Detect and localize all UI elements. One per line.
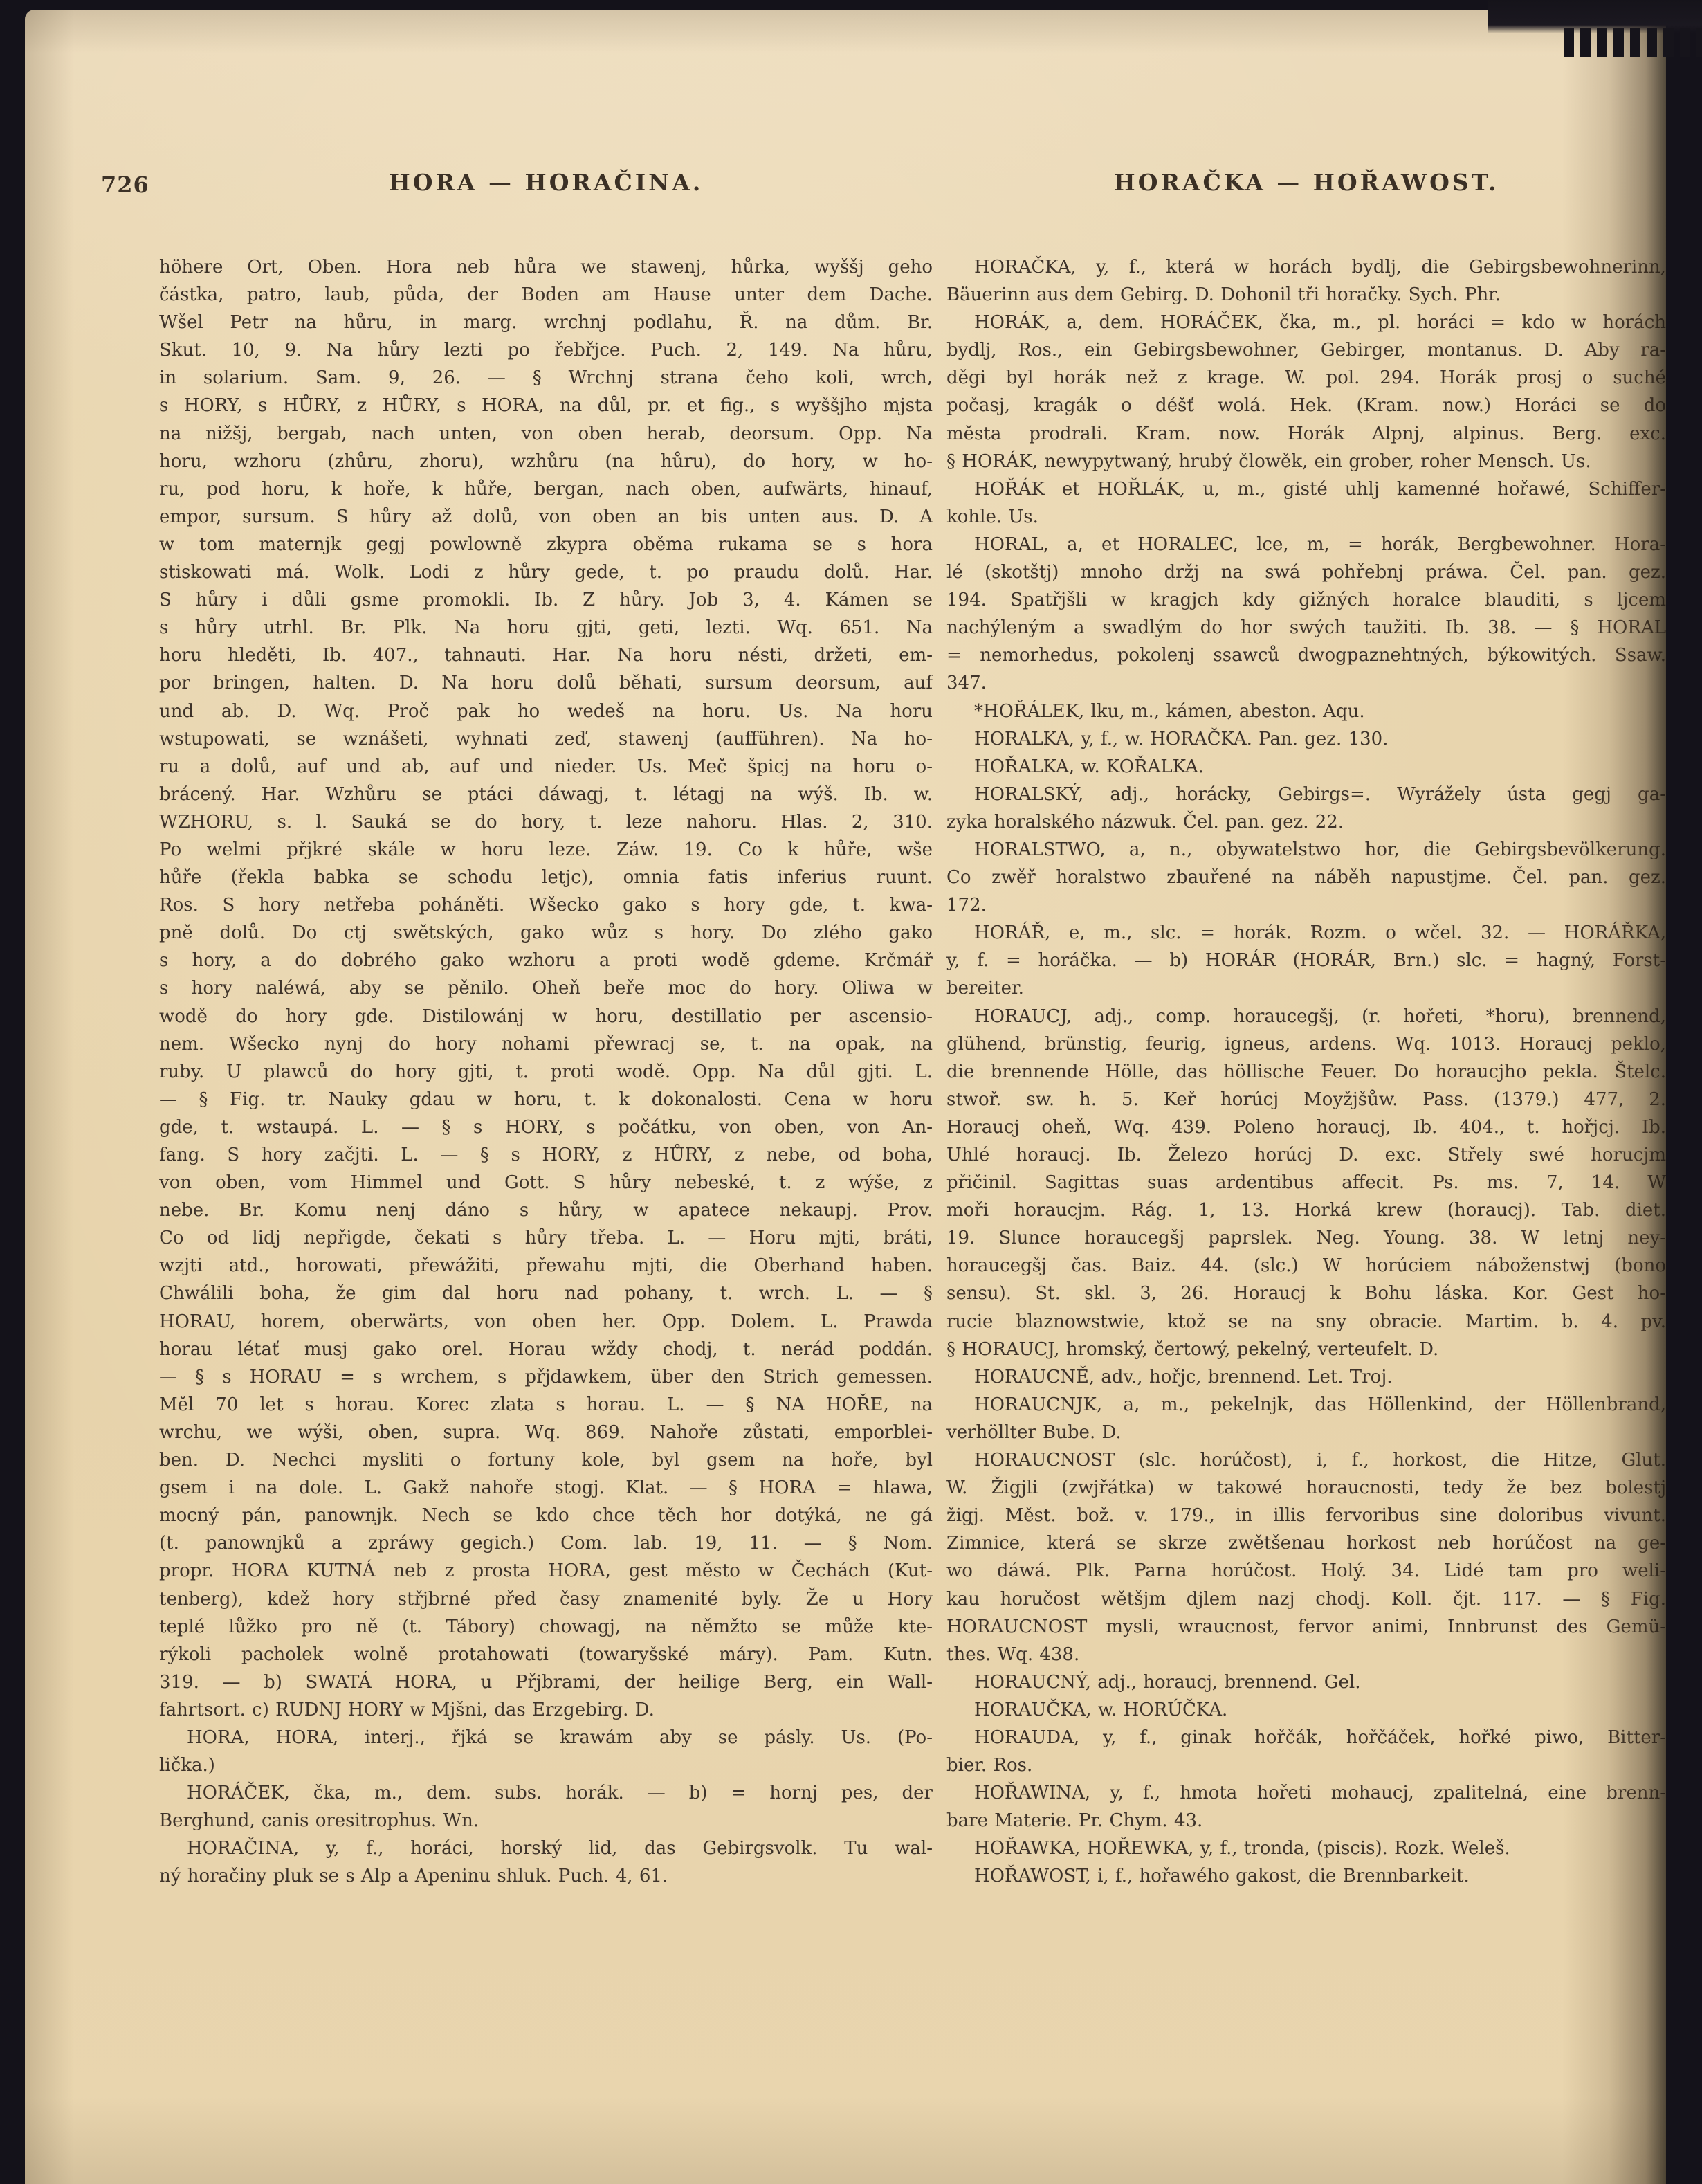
text-line: wrchu, we wýši, oben, supra. Wq. 869. Na… — [159, 1419, 933, 1446]
dictionary-paragraph: HORAUCNĚ, adv., hořjc, brennend. Let. Tr… — [946, 1363, 1666, 1391]
text-line: Skut. 10, 9. Na hůry lezti po řebřjce. P… — [159, 336, 933, 364]
text-line: moři horaucjm. Rág. 1, 13. Horká krew (h… — [946, 1196, 1666, 1224]
text-line: gsem i na dole. L. Gakž nahoře stogj. Kl… — [159, 1474, 933, 1502]
text-line: HOŘAWOST, i, f., hořawého gakost, die Br… — [946, 1862, 1666, 1890]
text-line: HORÁK, a, dem. HORÁČEK, čka, m., pl. hor… — [946, 309, 1666, 336]
text-line: HORALKA, y, f., w. HORAČKA. Pan. gez. 13… — [946, 725, 1666, 753]
text-line: tenberg), kdež hory střjbrné před časy z… — [159, 1585, 933, 1613]
text-line: rucie blaznowstwie, ktož se na sny obrac… — [946, 1308, 1666, 1336]
dictionary-paragraph: HOŘAWOST, i, f., hořawého gakost, die Br… — [946, 1862, 1666, 1890]
text-line: die brennende Hölle, das höllische Feuer… — [946, 1058, 1666, 1086]
text-line: kau horučost wětšjm djlem nazj chodj. Ko… — [946, 1585, 1666, 1613]
text-line: bare Materie. Pr. Chym. 43. — [946, 1807, 1666, 1835]
text-line: ru, pod horu, k hoře, k hůře, bergan, na… — [159, 475, 933, 503]
text-line: s hůry utrhl. Br. Plk. Na horu gjti, get… — [159, 614, 933, 641]
text-line: w tom maternjk gegj powlowně zkypra oběm… — [159, 531, 933, 558]
text-line: — § s HORAU = s wrchem, s přjdawkem, übe… — [159, 1363, 933, 1391]
text-line: HORAL, a, et HORALEC, lce, m, = horák, B… — [946, 531, 1666, 558]
text-line: y, f. = horáčka. — b) HORÁR (HORÁR, Brn.… — [946, 947, 1666, 974]
text-line: *HOŘÁLEK, lku, m., kámen, abeston. Aqu. — [946, 698, 1666, 725]
dictionary-paragraph: HORAUDA, y, f., ginak hořčák, hořčáček, … — [946, 1724, 1666, 1779]
text-line: HORAČINA, y, f., horáci, horský lid, das… — [159, 1835, 933, 1862]
text-line: kohle. Us. — [946, 503, 1666, 531]
text-line: bydlj, Ros., ein Gebirgsbewohner, Gebirg… — [946, 336, 1666, 364]
text-line: HORAČKA, y, f., která w horách bydlj, di… — [946, 253, 1666, 281]
text-line: 319. — b) SWATÁ HORA, u Přjbrami, der he… — [159, 1668, 933, 1696]
text-line: Wšel Petr na hůru, in marg. wrchnj podla… — [159, 309, 933, 336]
text-line: — § Fig. tr. Nauky gdau w horu, t. k dok… — [159, 1086, 933, 1113]
text-line: sensu). St. skl. 3, 26. Horaucj k Bohu l… — [946, 1280, 1666, 1307]
dictionary-paragraph: HORA, HORA, interj., řjká se krawám aby … — [159, 1724, 933, 1779]
dictionary-paragraph: HORAČINA, y, f., horáci, horský lid, das… — [159, 1835, 933, 1890]
page-paper: 726 HORA — HORAČINA. HORAČKA — HOŘAWOST.… — [25, 10, 1666, 2184]
text-line: přičinil. Sagittas suas ardentibus affec… — [946, 1169, 1666, 1196]
text-line: glühend, brünstig, feurig, igneus, arden… — [946, 1030, 1666, 1058]
text-line: HOŘAWKA, HOŘEWKA, y, f., tronda, (piscis… — [946, 1835, 1666, 1862]
text-line: HORALSKÝ, adj., horácky, Gebirgs=. Wyráž… — [946, 781, 1666, 808]
text-line: počasj, kragák o déšť wolá. Hek. (Kram. … — [946, 392, 1666, 419]
text-line: horu, wzhoru (zhůru, zhoru), wzhůru (na … — [159, 448, 933, 475]
text-line: in solarium. Sam. 9, 26. — § Wrchnj stra… — [159, 364, 933, 392]
text-line: Berghund, canis oresitrophus. Wn. — [159, 1807, 933, 1835]
text-line: Bäuerinn aus dem Gebirg. D. Dohonil tři … — [946, 281, 1666, 309]
text-line: s hory, a do dobrého gako wzhoru a proti… — [159, 947, 933, 974]
text-line: und ab. D. Wq. Proč pak ho wedeš na horu… — [159, 698, 933, 725]
dictionary-paragraph: HOŘALKA, w. KOŘALKA. — [946, 753, 1666, 781]
dictionary-paragraph: HOŘÁK et HOŘLÁK, u, m., gisté uhlj kamen… — [946, 475, 1666, 531]
text-line: 172. — [946, 891, 1666, 919]
text-line: HORAUČKA, w. HORÚČKA. — [946, 1696, 1666, 1724]
text-line: Chwálili boha, že gim dal horu nad pohan… — [159, 1280, 933, 1307]
dictionary-paragraph: HORÁŘ, e, m., slc. = horák. Rozm. o wčel… — [946, 919, 1666, 1002]
text-line: HORAU, horem, oberwärts, von oben her. O… — [159, 1308, 933, 1336]
text-line: wo dáwá. Plk. Parna horúčost. Holý. 34. … — [946, 1557, 1666, 1585]
text-line: fahrtsort. c) RUDNJ HORY w Mjšni, das Er… — [159, 1696, 933, 1724]
left-column-header: HORA — HORAČINA. — [159, 169, 933, 196]
text-line: HORALSTWO, a, n., obywatelstwo hor, die … — [946, 836, 1666, 864]
text-line: propr. HORA KUTNÁ neb z prosta HORA, ges… — [159, 1557, 933, 1585]
text-line: W. Žigjli (zwjřátka) w takowé horaucnost… — [946, 1474, 1666, 1502]
text-line: 194. Spatřjšli w kragjch kdy gižných hor… — [946, 586, 1666, 614]
text-line: stiskowati má. Wolk. Lodi z hůry gede, t… — [159, 558, 933, 586]
text-line: nem. Wšecko nynj do hory nohami přewracj… — [159, 1030, 933, 1058]
scan-artifact-binding-teeth — [1564, 28, 1702, 57]
text-line: höhere Ort, Oben. Hora neb hůra we stawe… — [159, 253, 933, 281]
text-line: HORÁŘ, e, m., slc. = horák. Rozm. o wčel… — [946, 919, 1666, 947]
text-line: HORAUCNOST (slc. horúčost), i, f., horko… — [946, 1446, 1666, 1474]
dictionary-paragraph: HORAUCNJK, a, m., pekelnjk, das Höllenki… — [946, 1391, 1666, 1446]
text-line: 347. — [946, 669, 1666, 697]
text-line: 19. Slunce horaucegšj paprslek. Neg. You… — [946, 1224, 1666, 1252]
text-line: HOŘÁK et HOŘLÁK, u, m., gisté uhlj kamen… — [946, 475, 1666, 503]
text-line: von oben, vom Himmel und Gott. S hůry ne… — [159, 1169, 933, 1196]
text-line: s HORY, s HŮRY, z HŮRY, s HORA, na důl, … — [159, 392, 933, 419]
text-line: HORAUCNĚ, adv., hořjc, brennend. Let. Tr… — [946, 1363, 1666, 1391]
text-line: ruby. U plawců do hory gjti, t. proti wo… — [159, 1058, 933, 1086]
dictionary-paragraph: HORALSTWO, a, n., obywatelstwo hor, die … — [946, 836, 1666, 919]
text-line: HOŘALKA, w. KOŘALKA. — [946, 753, 1666, 781]
text-line: ný horačiny pluk se s Alp a Apeninu shlu… — [159, 1862, 933, 1890]
text-line: s hory naléwá, aby se pěnilo. Oheň beře … — [159, 974, 933, 1002]
text-line: rýkoli pacholek wolně protahowati (towar… — [159, 1641, 933, 1668]
text-line: HOŘAWINA, y, f., hmota hořeti mohaucj, z… — [946, 1779, 1666, 1807]
text-line: HORAUCNOST mysli, wraucnost, fervor anim… — [946, 1613, 1666, 1641]
dictionary-paragraph: HORÁČEK, čka, m., dem. subs. horák. — b)… — [159, 1779, 933, 1835]
text-line: lička.) — [159, 1751, 933, 1779]
column-left: höhere Ort, Oben. Hora neb hůra we stawe… — [159, 253, 933, 1914]
text-line: § HORAUCJ, hromský, čertowý, pekelný, ve… — [946, 1336, 1666, 1363]
text-line: empor, sursum. S hůry až dolů, von oben … — [159, 503, 933, 531]
text-line: S hůry i důli gsme promokli. Ib. Z hůry.… — [159, 586, 933, 614]
text-line: gde, t. wstaupá. L. — § s HORY, s počátk… — [159, 1113, 933, 1141]
text-line: Horaucj oheň, Wq. 439. Poleno horaucj, I… — [946, 1113, 1666, 1141]
text-line: děgi byl horák než z krage. W. pol. 294.… — [946, 364, 1666, 392]
text-line: žigj. Měst. bož. v. 179., in illis fervo… — [946, 1502, 1666, 1529]
text-line: fang. S hory začjti. L. — § s HORY, z HŮ… — [159, 1141, 933, 1169]
dictionary-paragraph: HORAL, a, et HORALEC, lce, m, = horák, B… — [946, 531, 1666, 698]
dictionary-paragraph: HOŘAWINA, y, f., hmota hořeti mohaucj, z… — [946, 1779, 1666, 1835]
dictionary-paragraph: HORALSKÝ, adj., horácky, Gebirgs=. Wyráž… — [946, 781, 1666, 836]
text-line: HORÁČEK, čka, m., dem. subs. horák. — b)… — [159, 1779, 933, 1807]
dictionary-paragraph: HOŘAWKA, HOŘEWKA, y, f., tronda, (piscis… — [946, 1835, 1666, 1862]
dictionary-paragraph: *HOŘÁLEK, lku, m., kámen, abeston. Aqu. — [946, 698, 1666, 725]
text-line: (t. panownjků a zpráwy gegich.) Com. lab… — [159, 1529, 933, 1557]
text-line: bereiter. — [946, 974, 1666, 1002]
text-line: HORA, HORA, interj., řjká se krawám aby … — [159, 1724, 933, 1751]
text-line: HORAUCJ, adj., comp. horaucegšj, (r. hoř… — [946, 1003, 1666, 1030]
text-line: města prodrali. Kram. now. Horák Alpnj, … — [946, 420, 1666, 448]
text-line: por bringen, halten. D. Na horu dolů běh… — [159, 669, 933, 697]
text-line: Po welmi přjkré skále w horu leze. Záw. … — [159, 836, 933, 864]
text-line: Ros. S hory netřeba poháněti. Wšecko gak… — [159, 891, 933, 919]
text-line: HORAUCNJK, a, m., pekelnjk, das Höllenki… — [946, 1391, 1666, 1419]
column-right: HORAČKA, y, f., která w horách bydlj, di… — [946, 253, 1666, 1914]
dictionary-paragraph: HORAUCNÝ, adj., horaucj, brennend. Gel. — [946, 1668, 1666, 1696]
text-line: bier. Ros. — [946, 1751, 1666, 1779]
text-line: horau létať musj gako orel. Horau wždy c… — [159, 1336, 933, 1363]
dictionary-paragraph: HORAČKA, y, f., která w horách bydlj, di… — [946, 253, 1666, 309]
text-line: lé (skotštj) mnoho držj na swá pohřebnj … — [946, 558, 1666, 586]
right-column-header: HORAČKA — HOŘAWOST. — [946, 169, 1666, 196]
text-line: HORAUDA, y, f., ginak hořčák, hořčáček, … — [946, 1724, 1666, 1751]
text-line: Zimnice, která se skrze zwětšenau horkos… — [946, 1529, 1666, 1557]
text-line: thes. Wq. 438. — [946, 1641, 1666, 1668]
text-line: wstupowati, se wznášeti, wyhnati zeď, st… — [159, 725, 933, 753]
text-line: nebe. Br. Komu nenj dáno s hůry, w apate… — [159, 1196, 933, 1224]
text-line: wzjti atd., horowati, přewážiti, přewahu… — [159, 1252, 933, 1280]
text-line: nachýleným a swadlým do hor swých taužit… — [946, 614, 1666, 641]
text-line: § HORÁK, newypytwaný, hrubý člowěk, ein … — [946, 448, 1666, 475]
text-line: horaucegšj čas. Baiz. 44. (slc.) W horúc… — [946, 1252, 1666, 1280]
text-line: brácený. Har. Wzhůru se ptáci dáwagj, t.… — [159, 781, 933, 808]
dictionary-paragraph: HORAUCNOST (slc. horúčost), i, f., horko… — [946, 1446, 1666, 1668]
text-line: na nižšj, bergab, nach unten, von oben h… — [159, 420, 933, 448]
text-line: teplé lůžko pro ně (t. Tábory) chowagj, … — [159, 1613, 933, 1641]
text-line: mocný pán, panownjk. Nech se kdo chce tě… — [159, 1502, 933, 1529]
text-line: ben. D. Nechci mysliti o fortuny kole, b… — [159, 1446, 933, 1474]
dictionary-paragraph: HORALKA, y, f., w. HORAČKA. Pan. gez. 13… — [946, 725, 1666, 753]
text-line: verhöllter Bube. D. — [946, 1419, 1666, 1446]
dictionary-paragraph: HORAUCJ, adj., comp. horaucegšj, (r. hoř… — [946, 1003, 1666, 1363]
dictionary-paragraph: HORÁK, a, dem. HORÁČEK, čka, m., pl. hor… — [946, 309, 1666, 475]
page-number: 726 — [101, 172, 149, 198]
text-line: = nemorhedus, pokolenj ssawců dwogpazneh… — [946, 641, 1666, 669]
dictionary-paragraph: HORAUČKA, w. HORÚČKA. — [946, 1696, 1666, 1724]
text-line: WZHORU, s. l. Sauká se do hory, t. leze … — [159, 808, 933, 836]
text-line: Uhlé horaucj. Ib. Železo horúcj D. exc. … — [946, 1141, 1666, 1169]
text-line: ru a dolů, auf und ab, auf und nieder. U… — [159, 753, 933, 781]
text-line: hůře (řekla babka se schodu letjc), omni… — [159, 864, 933, 891]
text-line: Co zwěř horalstwo zbauřené na náběh napu… — [946, 864, 1666, 891]
text-line: částka, patro, laub, půda, der Boden am … — [159, 281, 933, 309]
scanned-book-page: { "page": { "number": "726", "left_heade… — [0, 0, 1702, 2184]
text-line: Měl 70 let s horau. Korec zlata s horau.… — [159, 1391, 933, 1419]
dictionary-paragraph: höhere Ort, Oben. Hora neb hůra we stawe… — [159, 253, 933, 1724]
text-line: zyka horalského názwuk. Čel. pan. gez. 2… — [946, 808, 1666, 836]
text-line: wodě do hory gde. Distilowánj w horu, de… — [159, 1003, 933, 1030]
text-line: pně dolů. Do ctj swětských, gako wůz s h… — [159, 919, 933, 947]
text-line: HORAUCNÝ, adj., horaucj, brennend. Gel. — [946, 1668, 1666, 1696]
text-line: stwoř. sw. h. 5. Keř horúcj Moyžjšůw. Pa… — [946, 1086, 1666, 1113]
text-line: Co od lidj nepřigde, čekati s hůry třeba… — [159, 1224, 933, 1252]
text-line: horu hleděti, Ib. 407., tahnauti. Har. N… — [159, 641, 933, 669]
